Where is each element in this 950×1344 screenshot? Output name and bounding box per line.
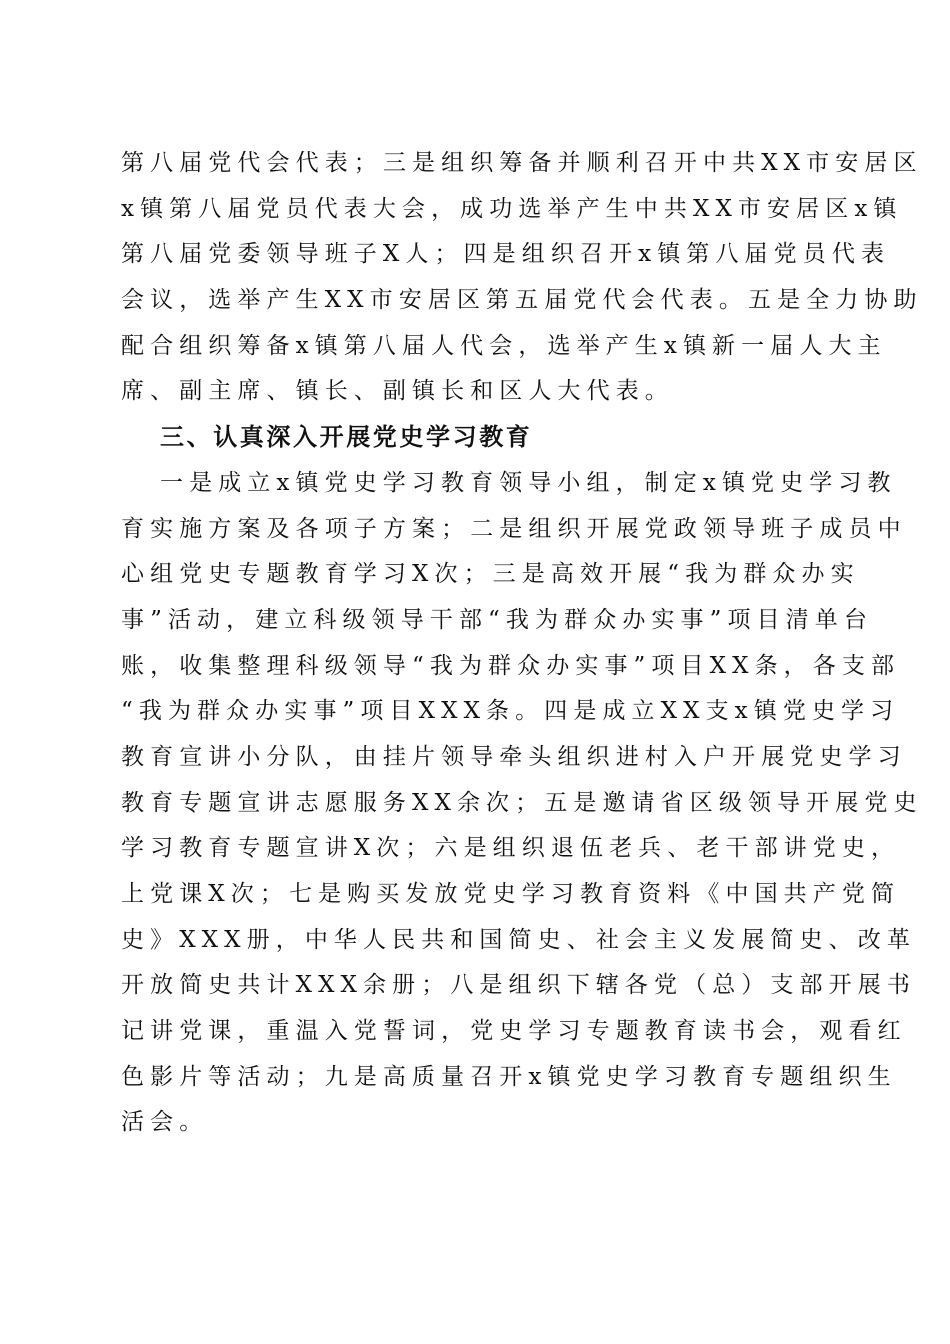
text-line: 席、副主席、镇长、副镇长和区人大代表。 — [121, 369, 831, 415]
text-line: 一是成立x镇党史学习教育领导小组，制定x镇党史学习教 — [121, 461, 831, 507]
text-line: 事”活动，建立科级领导干部“我为群众办实事”项目清单台 — [121, 598, 831, 644]
document-page: 第八届党代会代表；三是组织筹备并顺利召开中共XX市安居区 x镇第八届党员代表大会… — [121, 141, 831, 1146]
text-line: “我为群众办实事”项目XXX条。四是成立XX支x镇党史学习 — [121, 689, 831, 735]
text-line: 学习教育专题宣讲X次；六是组织退伍老兵、老干部讲党史， — [121, 826, 831, 872]
section-paragraph: 一是成立x镇党史学习教育领导小组，制定x镇党史学习教 育实施方案及各项子方案；二… — [121, 461, 831, 1146]
text-line: 教育宣讲小分队，由挂片领导牵头组织进村入户开展党史学习 — [121, 735, 831, 781]
text-line: 配合组织筹备x镇第八届人代会，选举产生x镇新一届人大主 — [121, 324, 831, 370]
text-line: 色影片等活动；九是高质量召开x镇党史学习教育专题组织生 — [121, 1055, 831, 1101]
text-line: 账，收集整理科级领导“我为群众办实事”项目XX条，各支部 — [121, 644, 831, 690]
text-line: 记讲党课，重温入党誓词，党史学习专题教育读书会，观看红 — [121, 1009, 831, 1055]
section-heading: 三、认真深入开展党史学习教育 — [121, 415, 831, 461]
text-line: 上党课X次；七是购买发放党史学习教育资料《中国共产党简 — [121, 872, 831, 918]
text-line: 育实施方案及各项子方案；二是组织开展党政领导班子成员中 — [121, 507, 831, 553]
text-line: 会议，选举产生XX市安居区第五届党代会代表。五是全力协助 — [121, 278, 831, 324]
text-line: 第八届党代会代表；三是组织筹备并顺利召开中共XX市安居区 — [121, 141, 831, 187]
text-line: 第八届党委领导班子X人；四是组织召开x镇第八届党员代表 — [121, 232, 831, 278]
text-line: 史》XXX册，中华人民共和国简史、社会主义发展简史、改革 — [121, 918, 831, 964]
text-line: x镇第八届党员代表大会，成功选举产生中共XX市安居区x镇 — [121, 187, 831, 233]
text-line: 教育专题宣讲志愿服务XX余次；五是邀请省区级领导开展党史 — [121, 781, 831, 827]
continued-paragraph: 第八届党代会代表；三是组织筹备并顺利召开中共XX市安居区 x镇第八届党员代表大会… — [121, 141, 831, 415]
text-line: 活会。 — [121, 1100, 831, 1146]
text-line: 心组党史专题教育学习X次；三是高效开展“我为群众办实 — [121, 552, 831, 598]
text-line: 开放简史共计XXX余册；八是组织下辖各党（总）支部开展书 — [121, 963, 831, 1009]
